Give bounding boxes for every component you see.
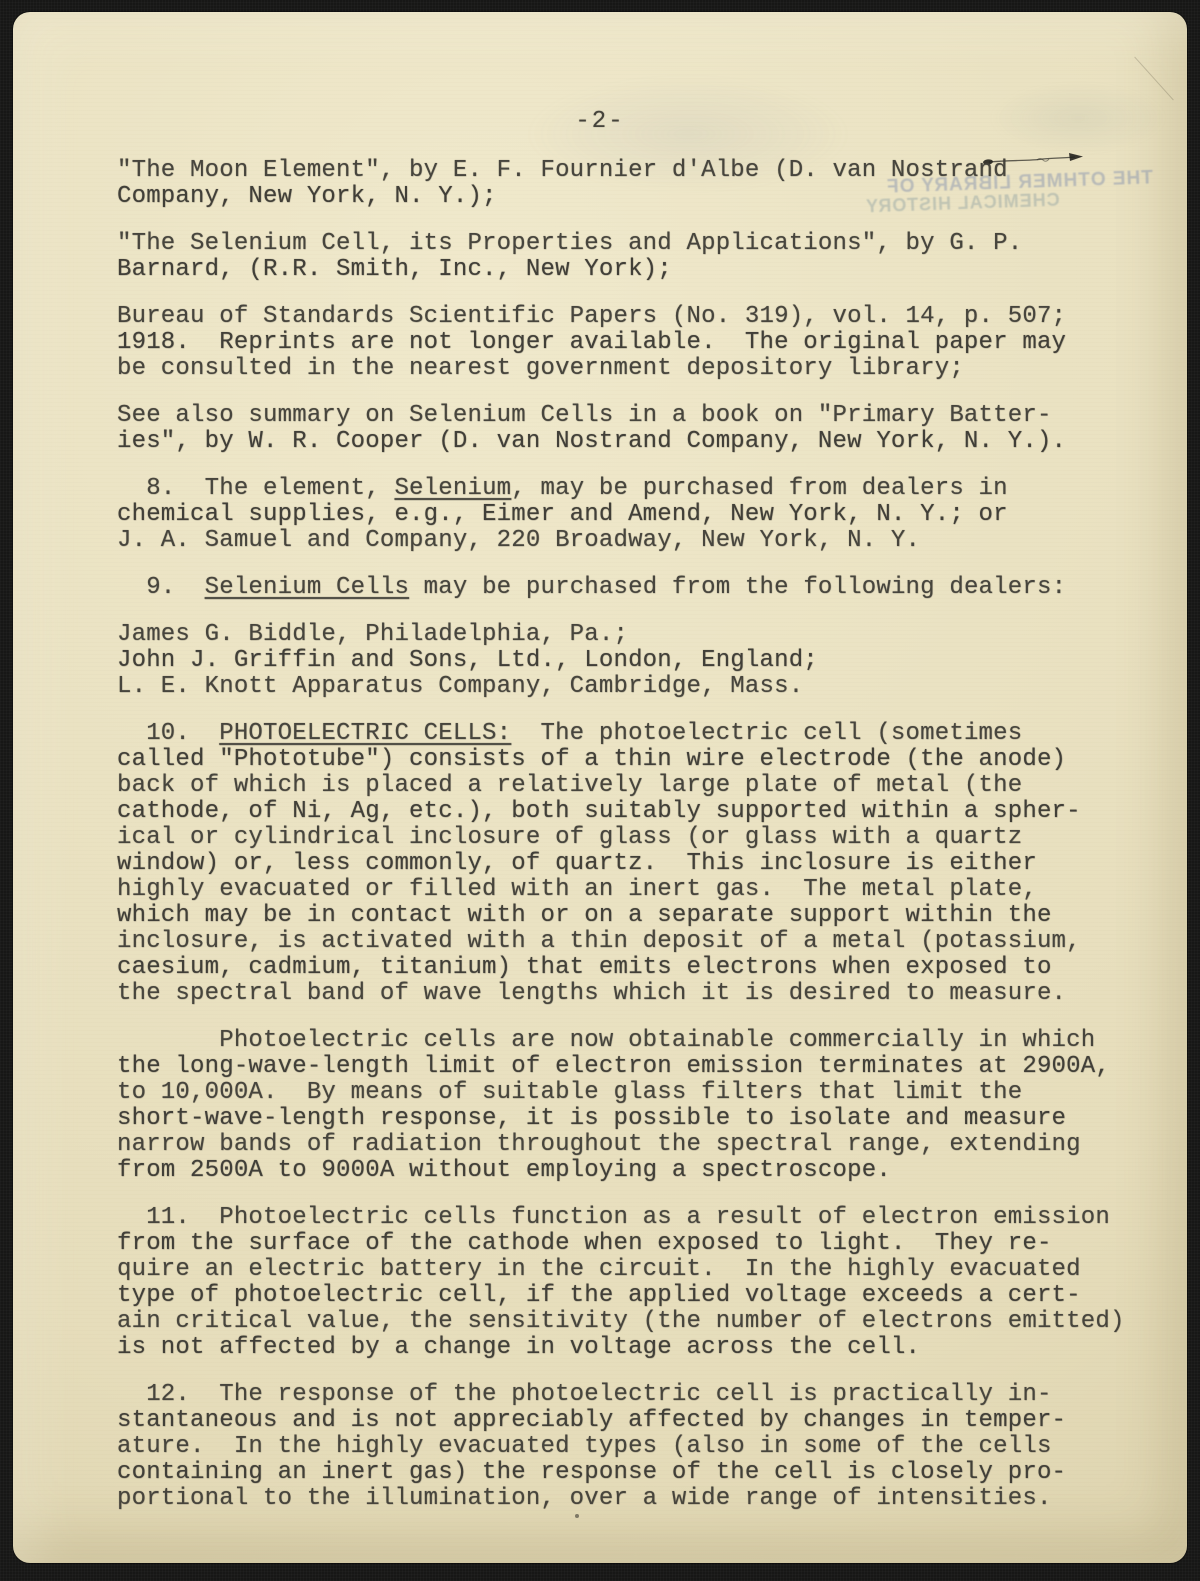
text-segment: portional to the illumination, over a wi… — [117, 1485, 1052, 1512]
text-segment: ies", by W. R. Cooper (D. van Nostrand C… — [117, 428, 1066, 455]
text-line: type of photoelectric cell, if the appli… — [117, 1283, 1157, 1309]
text-line: window) or, less commonly, of quartz. Th… — [117, 851, 1157, 877]
text-segment: John J. Griffin and Sons, Ltd., London, … — [117, 647, 818, 674]
text-line: 10. PHOTOELECTRIC CELLS: The photoelectr… — [117, 721, 1157, 747]
text-segment: window) or, less commonly, of quartz. Th… — [117, 850, 1037, 877]
text-segment: to 10,000A. By means of suitable glass f… — [117, 1079, 1022, 1106]
text-line: the spectral band of wave lengths which … — [117, 981, 1157, 1007]
text-segment: Photoelectric cells are now obtainable c… — [117, 1027, 1095, 1054]
text-line: inclosure, is activated with a thin depo… — [117, 929, 1157, 955]
text-line: quire an electric battery in the circuit… — [117, 1257, 1157, 1283]
text-segment: chemical supplies, e.g., Eimer and Amend… — [117, 501, 1008, 528]
text-segment: containing an inert gas) the response of… — [117, 1459, 1066, 1486]
text-line: ies", by W. R. Cooper (D. van Nostrand C… — [117, 429, 1157, 455]
paragraph: 11. Photoelectric cells function as a re… — [117, 1205, 1157, 1361]
text-line: is not affected by a change in voltage a… — [117, 1335, 1157, 1361]
text-line: 1918. Reprints are not longer available.… — [117, 330, 1157, 356]
text-segment: , may be purchased from dealers in — [511, 475, 1007, 502]
text-segment: 1918. Reprints are not longer available.… — [117, 329, 1066, 356]
text-line: ain critical value, the sensitivity (the… — [117, 1309, 1157, 1335]
text-segment: 12. The response of the photoelectric ce… — [117, 1381, 1052, 1408]
document-page: THE OTHMER LIBRARY OF CHEMICAL HISTORY -… — [13, 12, 1187, 1563]
text-segment: called "Phototube") consists of a thin w… — [117, 746, 1066, 773]
text-line: to 10,000A. By means of suitable glass f… — [117, 1080, 1157, 1106]
text-segment: "The Selenium Cell, its Properties and A… — [117, 230, 1022, 257]
text-line: Barnard, (R.R. Smith, Inc., New York); — [117, 257, 1157, 283]
paragraph: 10. PHOTOELECTRIC CELLS: The photoelectr… — [117, 721, 1157, 1007]
text-line: J. A. Samuel and Company, 220 Broadway, … — [117, 528, 1157, 554]
text-line: portional to the illumination, over a wi… — [117, 1486, 1157, 1512]
text-segment: ature. In the highly evacuated types (al… — [117, 1433, 1052, 1460]
underlined-text-segment: Selenium Cells — [205, 574, 409, 601]
text-segment: cathode, of Ni, Ag, etc.), both suitably… — [117, 798, 1081, 825]
text-line: from the surface of the cathode when exp… — [117, 1231, 1157, 1257]
text-segment: quire an electric battery in the circuit… — [117, 1256, 1081, 1283]
paragraph: See also summary on Selenium Cells in a … — [117, 403, 1157, 455]
text-segment: from 2500A to 9000A without employing a … — [117, 1157, 891, 1184]
text-segment: the spectral band of wave lengths which … — [117, 980, 1066, 1007]
text-segment: ain critical value, the sensitivity (the… — [117, 1308, 1125, 1335]
text-segment: the long-wave-length limit of electron e… — [117, 1053, 1110, 1080]
text-segment: inclosure, is activated with a thin depo… — [117, 928, 1081, 955]
text-line: short-wave-length response, it is possib… — [117, 1106, 1157, 1132]
text-line: cathode, of Ni, Ag, etc.), both suitably… — [117, 799, 1157, 825]
text-line: L. E. Knott Apparatus Company, Cambridge… — [117, 674, 1157, 700]
text-segment: be consulted in the nearest government d… — [117, 355, 964, 382]
text-line: narrow bands of radiation throughout the… — [117, 1132, 1157, 1158]
text-line: "The Moon Element", by E. F. Fournier d'… — [117, 158, 1157, 184]
text-segment: 10. — [117, 720, 219, 747]
paragraph: James G. Biddle, Philadelphia, Pa.;John … — [117, 622, 1157, 700]
text-line: Bureau of Standards Scientific Papers (N… — [117, 304, 1157, 330]
text-line: 9. Selenium Cells may be purchased from … — [117, 575, 1157, 601]
text-segment: 11. Photoelectric cells function as a re… — [117, 1204, 1110, 1231]
text-line: caesium, cadmium, titanium) that emits e… — [117, 955, 1157, 981]
text-line: stantaneous and is not appreciably affec… — [117, 1408, 1157, 1434]
text-segment: highly evacuated or filled with an inert… — [117, 876, 1037, 903]
text-segment: Bureau of Standards Scientific Papers (N… — [117, 303, 1066, 330]
text-line: Photoelectric cells are now obtainable c… — [117, 1028, 1157, 1054]
text-segment: which may be in contact with or on a sep… — [117, 902, 1052, 929]
text-segment: narrow bands of radiation throughout the… — [117, 1131, 1081, 1158]
text-line: John J. Griffin and Sons, Ltd., London, … — [117, 648, 1157, 674]
text-line: Company, New York, N. Y.); — [117, 184, 1157, 210]
text-line: ical or cylindrical inclosure of glass (… — [117, 825, 1157, 851]
text-segment: may be purchased from the following deal… — [409, 574, 1066, 601]
document-body: "The Moon Element", by E. F. Fournier d'… — [117, 158, 1157, 1512]
text-line: from 2500A to 9000A without employing a … — [117, 1158, 1157, 1184]
paragraph: 12. The response of the photoelectric ce… — [117, 1382, 1157, 1512]
paragraph: 8. The element, Selenium, may be purchas… — [117, 476, 1157, 554]
underlined-text-segment: Selenium — [394, 475, 511, 502]
text-segment: caesium, cadmium, titanium) that emits e… — [117, 954, 1052, 981]
text-line: ature. In the highly evacuated types (al… — [117, 1434, 1157, 1460]
text-line: "The Selenium Cell, its Properties and A… — [117, 231, 1157, 257]
text-line: chemical supplies, e.g., Eimer and Amend… — [117, 502, 1157, 528]
text-segment: 9. — [117, 574, 205, 601]
text-line: containing an inert gas) the response of… — [117, 1460, 1157, 1486]
text-segment: ical or cylindrical inclosure of glass (… — [117, 824, 1022, 851]
text-line: 8. The element, Selenium, may be purchas… — [117, 476, 1157, 502]
text-segment: See also summary on Selenium Cells in a … — [117, 402, 1052, 429]
paragraph: Photoelectric cells are now obtainable c… — [117, 1028, 1157, 1184]
text-line: 11. Photoelectric cells function as a re… — [117, 1205, 1157, 1231]
text-segment: L. E. Knott Apparatus Company, Cambridge… — [117, 673, 803, 700]
text-segment: is not affected by a change in voltage a… — [117, 1334, 920, 1361]
text-line: the long-wave-length limit of electron e… — [117, 1054, 1157, 1080]
page-number: -2- — [13, 108, 1187, 135]
text-line: which may be in contact with or on a sep… — [117, 903, 1157, 929]
text-line: called "Phototube") consists of a thin w… — [117, 747, 1157, 773]
text-segment: back of which is placed a relatively lar… — [117, 772, 1022, 799]
text-segment: J. A. Samuel and Company, 220 Broadway, … — [117, 527, 920, 554]
text-segment: The photoelectric cell (sometimes — [511, 720, 1022, 747]
text-line: 12. The response of the photoelectric ce… — [117, 1382, 1157, 1408]
text-segment: Company, New York, N. Y.); — [117, 183, 497, 210]
scan-background: THE OTHMER LIBRARY OF CHEMICAL HISTORY -… — [0, 0, 1200, 1581]
paragraph: 9. Selenium Cells may be purchased from … — [117, 575, 1157, 601]
text-segment: from the surface of the cathode when exp… — [117, 1230, 1052, 1257]
text-segment: short-wave-length response, it is possib… — [117, 1105, 1066, 1132]
text-line: James G. Biddle, Philadelphia, Pa.; — [117, 622, 1157, 648]
paragraph: Bureau of Standards Scientific Papers (N… — [117, 304, 1157, 382]
text-line: back of which is placed a relatively lar… — [117, 773, 1157, 799]
paragraph: "The Selenium Cell, its Properties and A… — [117, 231, 1157, 283]
text-line: See also summary on Selenium Cells in a … — [117, 403, 1157, 429]
text-segment: James G. Biddle, Philadelphia, Pa.; — [117, 621, 628, 648]
text-segment: 8. The element, — [117, 475, 394, 502]
text-line: be consulted in the nearest government d… — [117, 356, 1157, 382]
ink-speck — [575, 1514, 579, 1518]
text-segment: "The Moon Element", by E. F. Fournier d'… — [117, 157, 1008, 184]
text-segment: type of photoelectric cell, if the appli… — [117, 1282, 1081, 1309]
text-segment: Barnard, (R.R. Smith, Inc., New York); — [117, 256, 672, 283]
paragraph: "The Moon Element", by E. F. Fournier d'… — [117, 158, 1157, 210]
text-line: highly evacuated or filled with an inert… — [117, 877, 1157, 903]
underlined-text-segment: PHOTOELECTRIC CELLS: — [219, 720, 511, 747]
text-segment: stantaneous and is not appreciably affec… — [117, 1407, 1066, 1434]
